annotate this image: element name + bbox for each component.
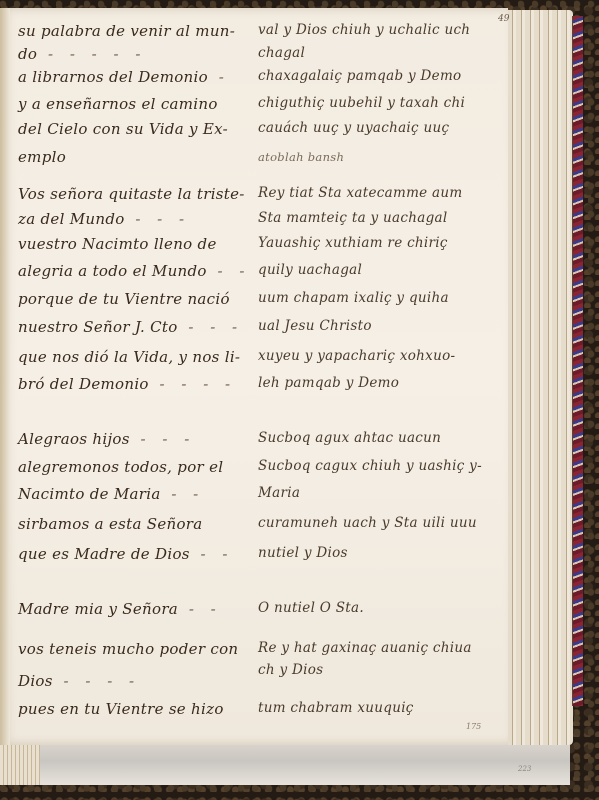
line-filler-dashes: - - - - -: [37, 45, 146, 63]
page-bottom-left-edge: [0, 745, 40, 785]
spanish-line: porque de tu Vientre nació: [18, 290, 230, 308]
spanish-line-text: do: [18, 45, 37, 63]
page-bottom-edge: [0, 745, 570, 785]
spanish-line: Alegraos hijos - - -: [18, 430, 195, 448]
spanish-line: Madre mia y Señora - -: [18, 600, 222, 618]
maya-line: quily uachagal: [258, 262, 362, 278]
maya-line: val y Dios chiuh y uchalic uch: [258, 22, 470, 38]
edge-mark: 223: [518, 765, 531, 773]
spanish-line-text: Madre mia y Señora: [18, 600, 178, 618]
spanish-line: Nacimto de Maria - -: [18, 485, 204, 503]
spanish-line-text: su palabra de venir al mun-: [18, 22, 235, 40]
maya-line: ual Jesu Christo: [258, 318, 372, 334]
spanish-line: que es Madre de Dios - -: [18, 545, 233, 563]
spanish-line-text: Alegraos hijos: [18, 430, 130, 448]
spanish-line: que nos dió la Vida, y nos li-: [18, 348, 240, 366]
maya-line: Sucboq agux ahtac uacun: [258, 430, 441, 446]
spanish-line-text: bró del Demonio: [18, 375, 149, 393]
bottom-page-mark: 175: [466, 722, 481, 731]
line-filler-dashes: - - -: [130, 430, 196, 448]
spanish-line-text: vos teneis mucho poder con: [18, 640, 238, 658]
spanish-line-text: Nacimto de Maria: [18, 485, 161, 503]
maya-line: nutiel y Dios: [258, 545, 348, 561]
spanish-line: bró del Demonio - - - -: [18, 375, 236, 393]
folio-number: 49: [498, 14, 509, 24]
page-gutter: [0, 8, 10, 745]
maya-line: Sta mamteiç ta y uachagal: [258, 210, 448, 226]
spanish-line-text: y a enseñarnos el camino: [18, 95, 218, 113]
line-filler-dashes: - -: [190, 545, 234, 563]
maya-line: Re y hat gaxinaç auaniç chiua: [258, 640, 472, 656]
spanish-line: alegremonos todos, por el: [18, 458, 223, 476]
spanish-line-text: nuestro Señor J. Cto: [18, 318, 178, 336]
spanish-line: vuestro Nacimto lleno de: [18, 235, 217, 253]
maya-line: uum chapam ixaliç y quiha: [258, 290, 449, 306]
line-filler-dashes: - -: [161, 485, 205, 503]
spanish-line-text: sirbamos a esta Señora: [18, 515, 203, 533]
spanish-line-text: emplo: [18, 148, 66, 166]
line-filler-dashes: - - -: [178, 318, 244, 336]
maya-line: chaxagalaiç pamqab y Demo: [258, 68, 461, 84]
line-filler-dashes: - -: [207, 262, 251, 280]
maya-line: ch y Dios: [258, 662, 323, 678]
spanish-line-text: vuestro Nacimto lleno de: [18, 235, 217, 253]
line-filler-dashes: - - - -: [53, 672, 140, 690]
maya-line: Maria: [258, 485, 300, 501]
spanish-line-text: Vos señora quitaste la triste-: [18, 185, 245, 203]
spanish-line-text: alegremonos todos, por el: [18, 458, 223, 476]
spanish-line-text: del Cielo con su Vida y Ex-: [18, 120, 228, 138]
spanish-line: su palabra de venir al mun-: [18, 22, 235, 40]
line-filler-dashes: - - -: [125, 210, 191, 228]
spanish-line: Vos señora quitaste la triste-: [18, 185, 245, 203]
maya-line: tum chabram xuuquiç: [258, 700, 414, 716]
spanish-line-text: pues en tu Vientre se hizo: [18, 700, 224, 718]
spanish-line: nuestro Señor J. Cto - - -: [18, 318, 243, 336]
maya-line: xuyeu y yapachariç xohxuo-: [258, 348, 455, 364]
maya-line: Rey tiat Sta xatecamme aum: [258, 185, 463, 201]
line-filler-dashes: - - - -: [149, 375, 236, 393]
line-filler-dashes: -: [208, 68, 230, 86]
maya-line: atoblah bansh: [258, 150, 344, 164]
spanish-line: a librarnos del Demonio -: [18, 68, 230, 86]
maya-line: cauách uuç y uyachaiç uuç: [258, 120, 449, 136]
spanish-line: del Cielo con su Vida y Ex-: [18, 120, 228, 138]
spanish-line-text: porque de tu Vientre nació: [18, 290, 230, 308]
line-filler-dashes: - -: [178, 600, 222, 618]
spanish-line-text: que nos dió la Vida, y nos li-: [18, 348, 240, 366]
maya-line: Yauashiç xuthiam re chiriç: [258, 235, 448, 251]
spanish-line: pues en tu Vientre se hizo: [18, 700, 224, 718]
maya-line: leh pamqab y Demo: [258, 375, 399, 391]
spanish-line: za del Mundo - - -: [18, 210, 190, 228]
maya-line: Sucboq cagux chiuh y uashiç y-: [258, 458, 482, 474]
spanish-line-text: a librarnos del Demonio: [18, 68, 208, 86]
maya-line: curamuneh uach y Sta uili uuu: [258, 515, 477, 531]
page-stack-edge: [507, 10, 573, 745]
spanish-line: y a enseñarnos el camino: [18, 95, 218, 113]
spanish-line: alegria a todo el Mundo - -: [18, 262, 250, 280]
maya-line: chiguthiç uubehil y taxah chi: [258, 95, 465, 111]
spanish-line: Dios - - - -: [18, 672, 140, 690]
marbled-edge: [572, 16, 583, 706]
maya-line: chagal: [258, 45, 305, 61]
spanish-line: sirbamos a esta Señora: [18, 515, 203, 533]
spanish-line: emplo: [18, 148, 66, 166]
spanish-line-text: que es Madre de Dios: [18, 545, 190, 563]
spanish-line: do - - - - -: [18, 45, 146, 63]
spanish-line-text: Dios: [18, 672, 53, 690]
spanish-line: vos teneis mucho poder con: [18, 640, 238, 658]
spanish-line-text: alegria a todo el Mundo: [18, 262, 207, 280]
maya-line: O nutiel O Sta.: [258, 600, 364, 616]
spanish-line-text: za del Mundo: [18, 210, 125, 228]
